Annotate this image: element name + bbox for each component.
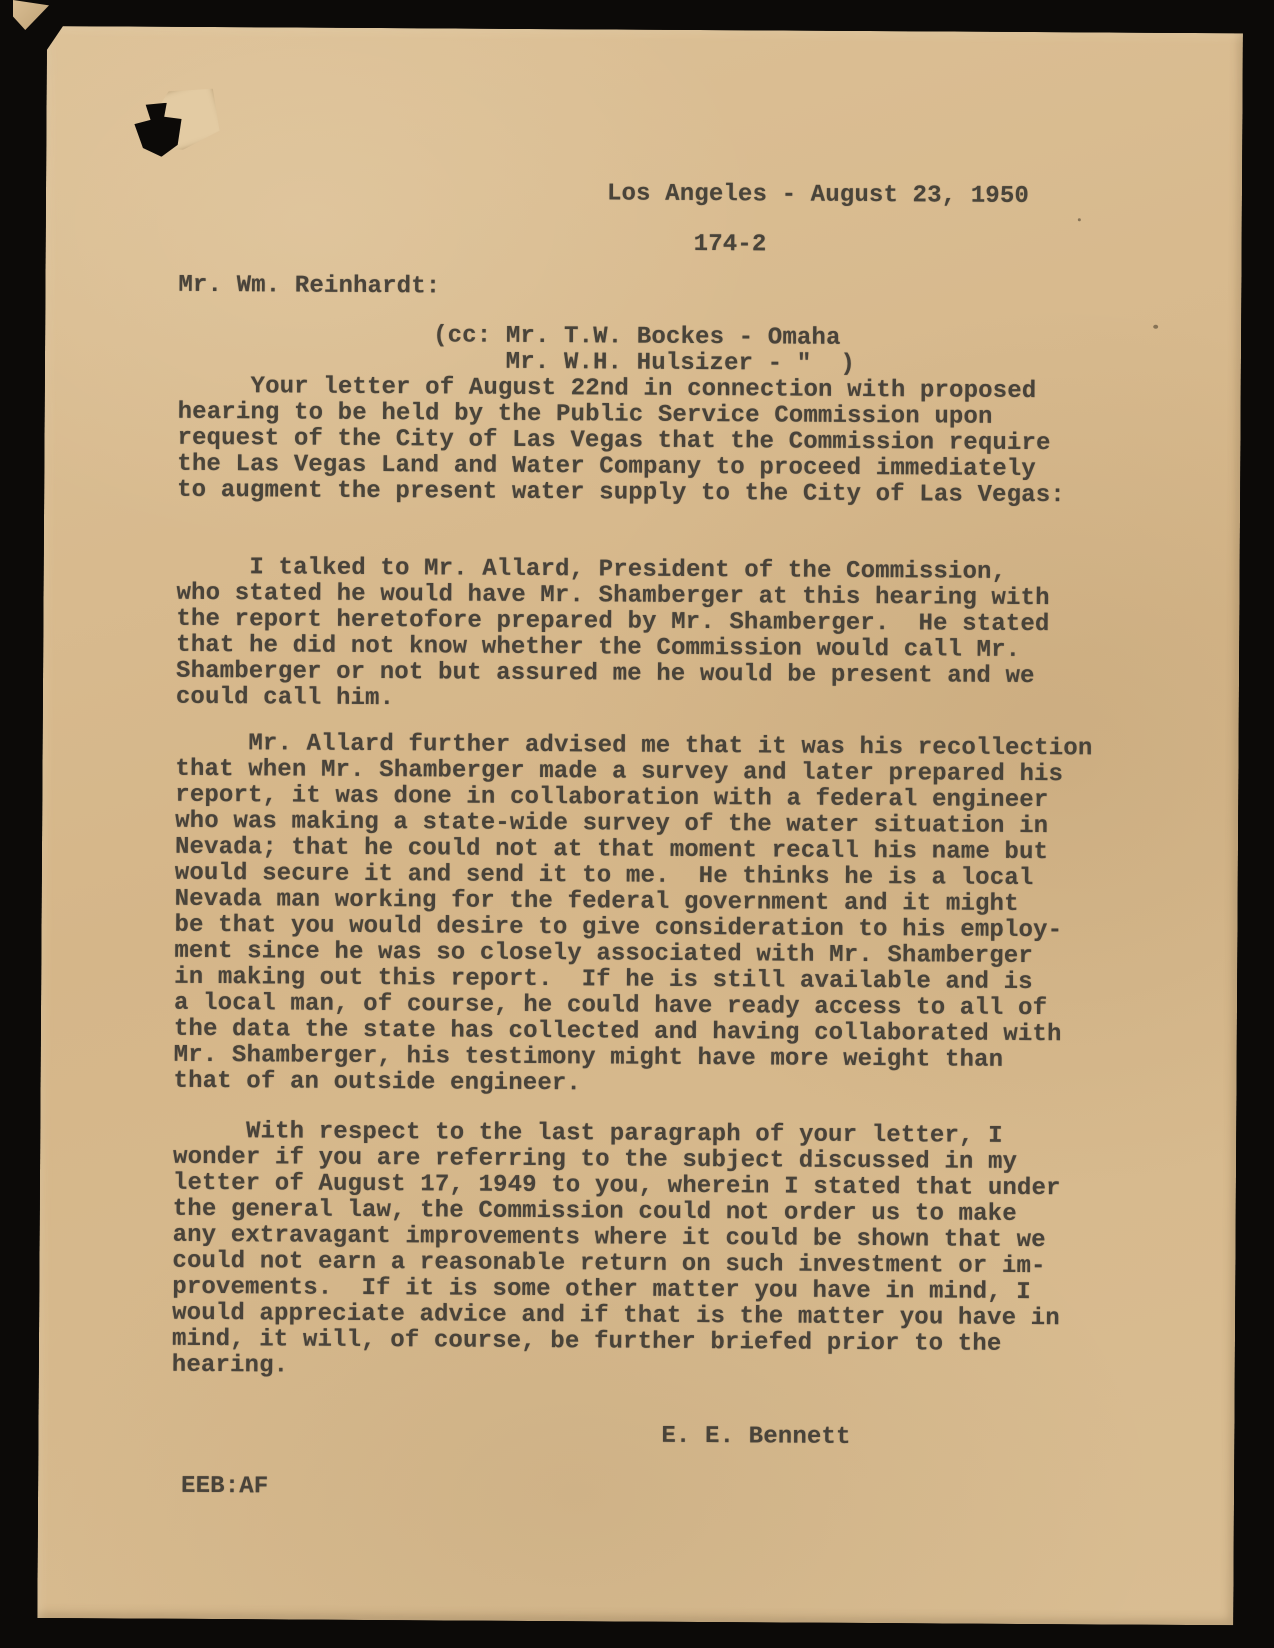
paper-speck bbox=[1153, 325, 1158, 329]
letter-page: Los Angeles - August 23, 1950 174-2 Mr. … bbox=[37, 26, 1243, 1625]
body-paragraph-3: Mr. Allard further advised me that it wa… bbox=[173, 731, 1092, 1101]
body-paragraph-2: I talked to Mr. Allard, President of the… bbox=[176, 555, 1050, 716]
body-paragraph-4: With respect to the last paragraph of yo… bbox=[172, 1119, 1061, 1384]
dateline: Los Angeles - August 23, 1950 bbox=[607, 181, 1029, 210]
paper-scrap bbox=[13, 0, 49, 30]
body-paragraph-1: Your letter of August 22nd in connection… bbox=[177, 374, 1065, 509]
file-number: 174-2 bbox=[694, 232, 767, 258]
signature-line: E. E. Bennett bbox=[661, 1424, 850, 1451]
paper-speck bbox=[1078, 218, 1081, 221]
typist-initials: EEB:AF bbox=[181, 1474, 268, 1501]
cc-block: (cc: Mr. T.W. Bockes - Omaha Mr. W.H. Hu… bbox=[433, 323, 855, 378]
recipient-line: Mr. Wm. Reinhardt: bbox=[178, 273, 440, 301]
scan-background: Los Angeles - August 23, 1950 174-2 Mr. … bbox=[0, 0, 1274, 1648]
